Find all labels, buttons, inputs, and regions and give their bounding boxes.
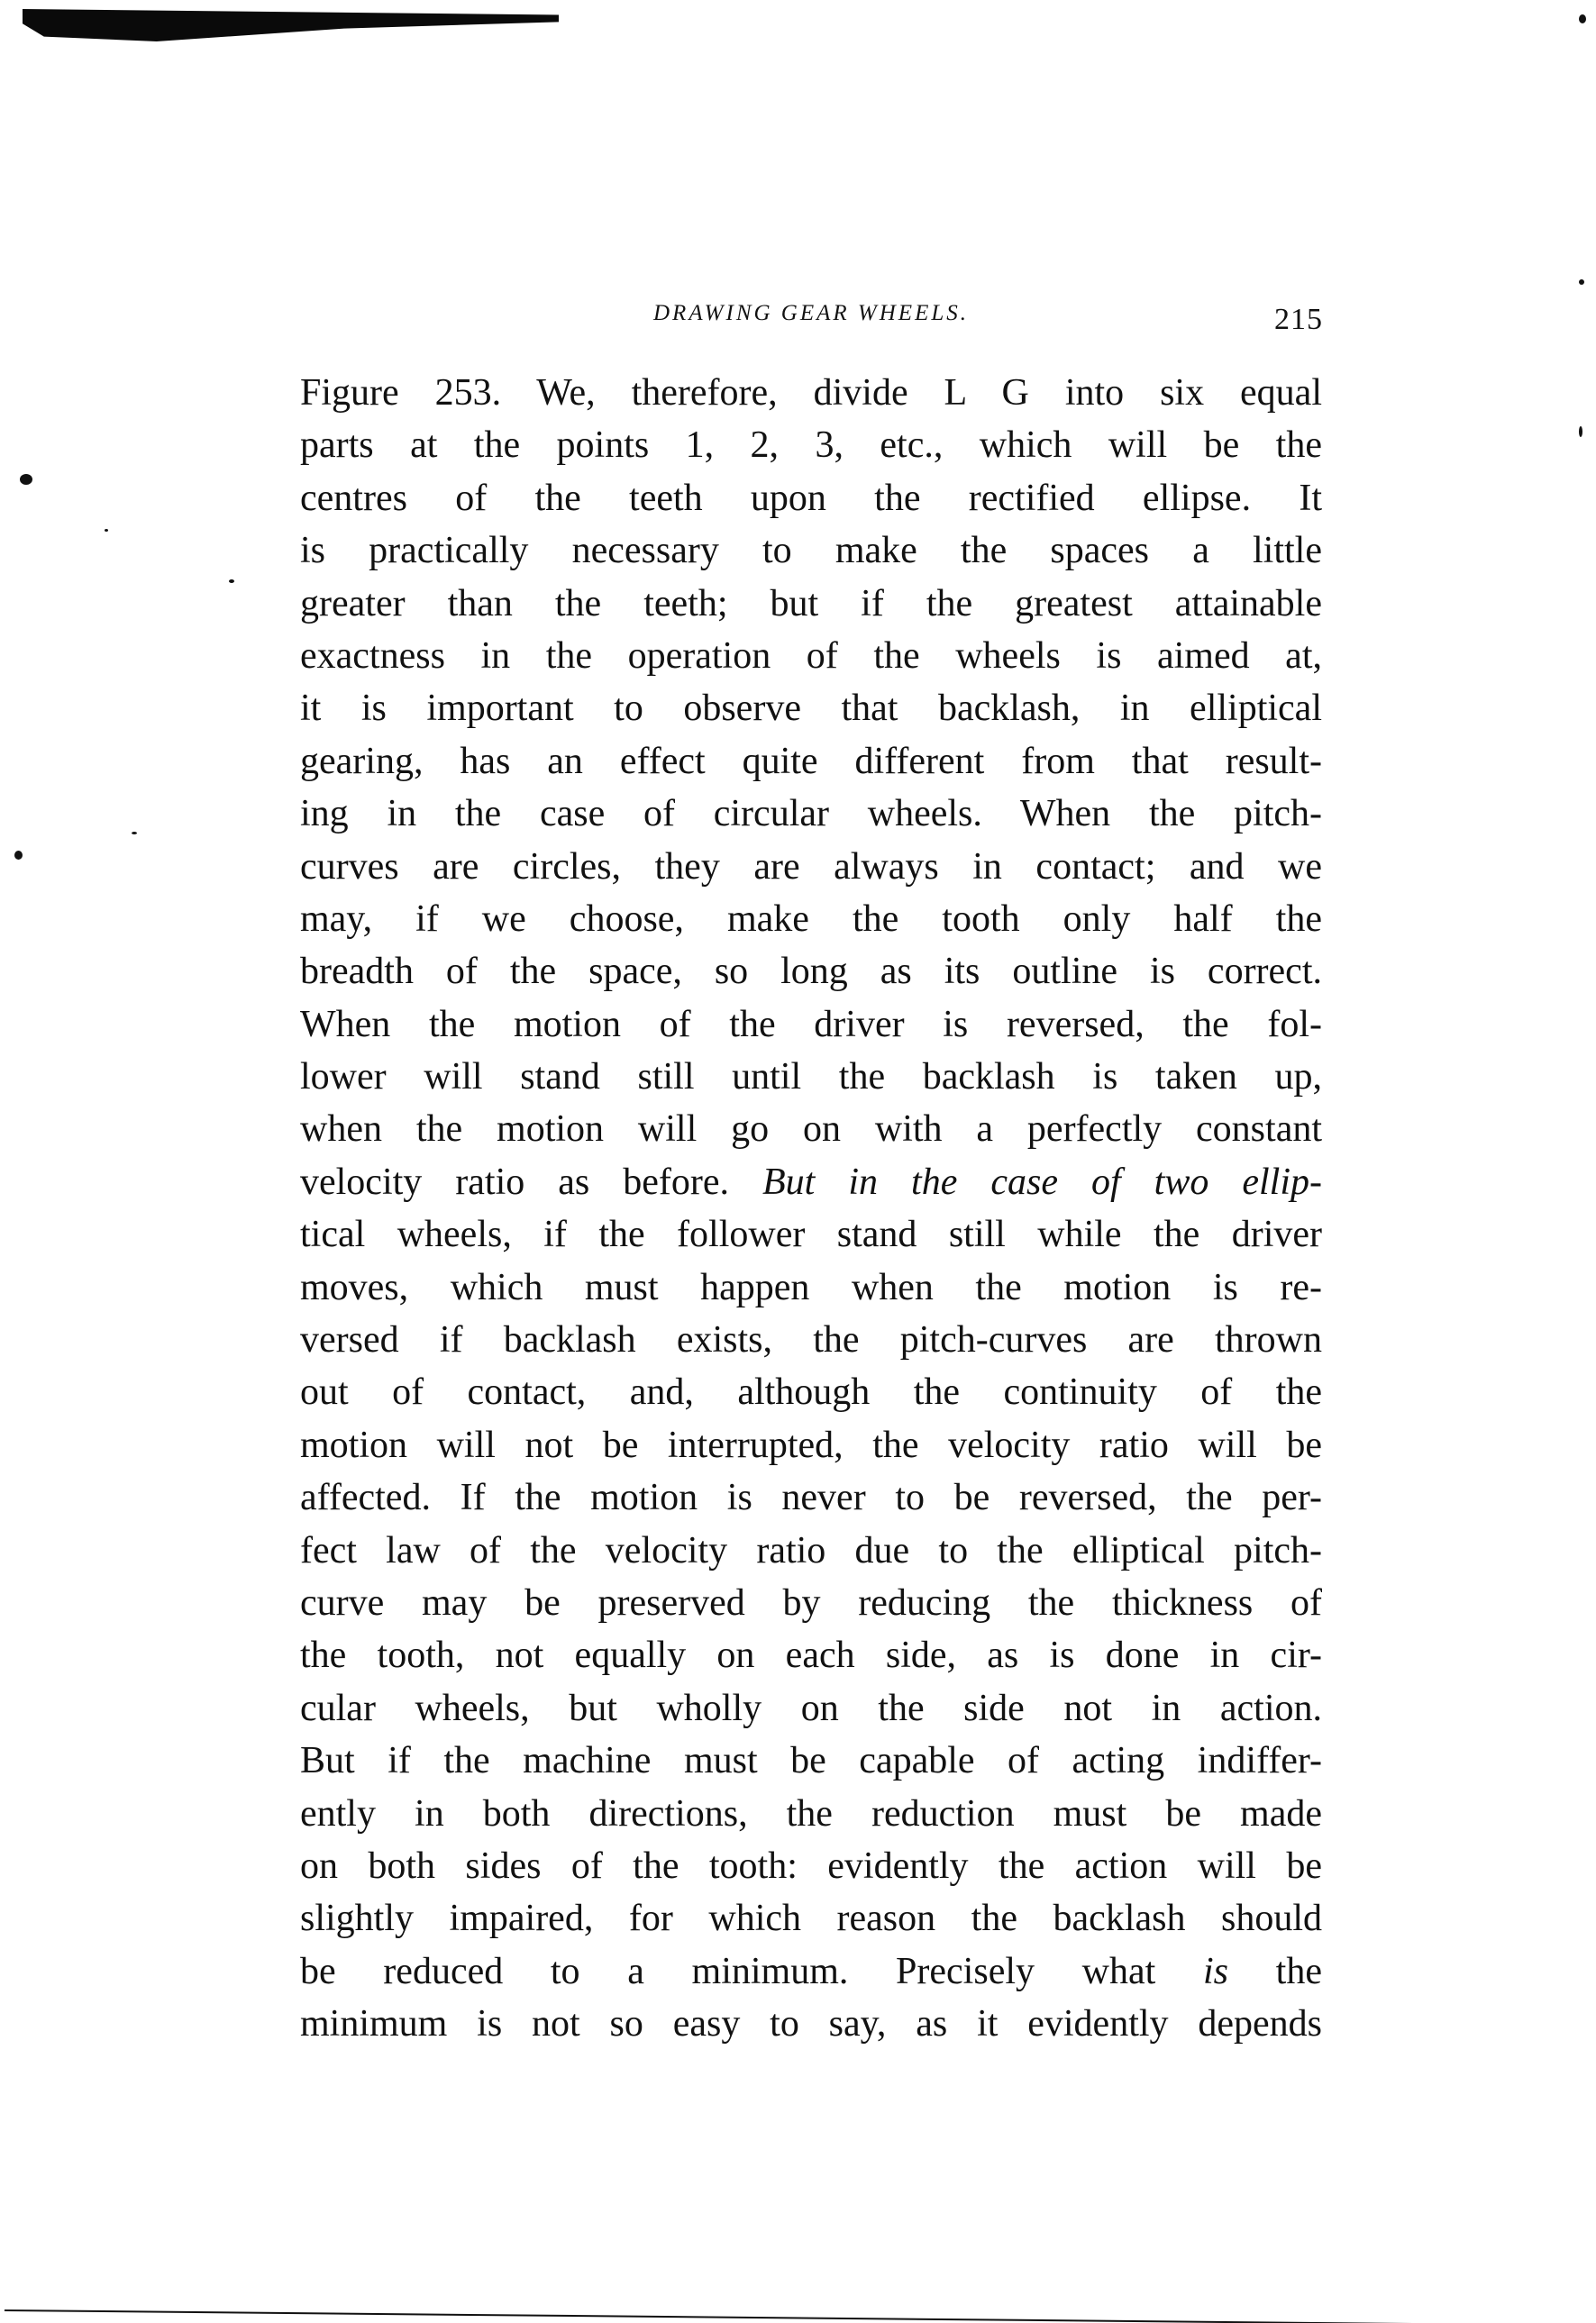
text-line: lower will stand still until the backlas…: [300, 1051, 1322, 1103]
page-number: 215: [1260, 297, 1323, 342]
scan-speck: [229, 579, 234, 583]
body-text: Figure 253. We, therefore, divide L G in…: [300, 367, 1322, 2051]
text-line: tical wheels, if the follower stand stil…: [300, 1208, 1322, 1261]
scan-speck: [14, 851, 23, 860]
text-line: cular wheels, but wholly on the side not…: [300, 1682, 1322, 1735]
text-line: slightly impaired, for which reason the …: [300, 1892, 1322, 1945]
text-line-mixed: be reduced to a minimum. Precisely what …: [300, 1945, 1322, 1998]
text-roman: the: [1228, 1951, 1322, 1992]
text-line: the tooth, not equally on each side, as …: [300, 1629, 1322, 1681]
text-line: parts at the points 1, 2, 3, etc., which…: [300, 419, 1322, 471]
text-line: exactness in the operation of the wheels…: [300, 630, 1322, 682]
page-edge-line: [5, 2309, 1580, 2323]
text-line: when the motion will go on with a perfec…: [300, 1103, 1322, 1155]
text-line: affected. If the motion is never to be r…: [300, 1471, 1322, 1524]
text-line: gearing, has an effect quite different f…: [300, 735, 1322, 788]
scan-speck: [132, 832, 137, 834]
text-italic: is: [1203, 1951, 1228, 1992]
text-line: may, if we choose, make the tooth only h…: [300, 893, 1322, 945]
text-line: curve may be preserved by reducing the t…: [300, 1577, 1322, 1629]
scan-speck: [1579, 14, 1586, 23]
text-line: is practically necessary to make the spa…: [300, 524, 1322, 577]
text-line: curves are circles, they are always in c…: [300, 841, 1322, 893]
text-line: moves, which must happen when the motion…: [300, 1262, 1322, 1314]
scan-speck: [20, 474, 32, 485]
text-line: greater than the teeth; but if the great…: [300, 578, 1322, 630]
text-italic: But in the case of two ellip-: [762, 1161, 1322, 1203]
text-line: fect law of the velocity ratio due to th…: [300, 1525, 1322, 1577]
scan-speck: [1579, 279, 1584, 285]
scan-speck: [1579, 426, 1582, 437]
text-roman: be reduced to a minimum. Precisely what: [300, 1951, 1203, 1992]
text-line: breadth of the space, so long as its out…: [300, 945, 1322, 998]
text-line: motion will not be interrupted, the velo…: [300, 1419, 1322, 1471]
text-line: When the motion of the driver is reverse…: [300, 998, 1322, 1051]
text-line: ently in both directions, the reduction …: [300, 1788, 1322, 1840]
text-roman: velocity ratio as before.: [300, 1161, 762, 1203]
scan-speck: [105, 529, 108, 532]
text-line: on both sides of the tooth: evidently th…: [300, 1840, 1322, 1892]
text-line: versed if backlash exists, the pitch-cur…: [300, 1314, 1322, 1366]
scan-smear-top: [23, 9, 559, 41]
text-line: it is important to observe that backlash…: [300, 682, 1322, 734]
text-line-mixed: velocity ratio as before. But in the cas…: [300, 1156, 1322, 1208]
text-line: centres of the teeth upon the rectified …: [300, 472, 1322, 524]
text-line: Figure 253. We, therefore, divide L G in…: [300, 367, 1322, 419]
text-line: ing in the case of circular wheels. When…: [300, 788, 1322, 840]
text-line: minimum is not so easy to say, as it evi…: [300, 1998, 1322, 2050]
running-head: DRAWING GEAR WHEELS.: [541, 296, 1081, 332]
text-line: out of contact, and, although the contin…: [300, 1366, 1322, 1418]
text-line: But if the machine must be capable of ac…: [300, 1735, 1322, 1787]
